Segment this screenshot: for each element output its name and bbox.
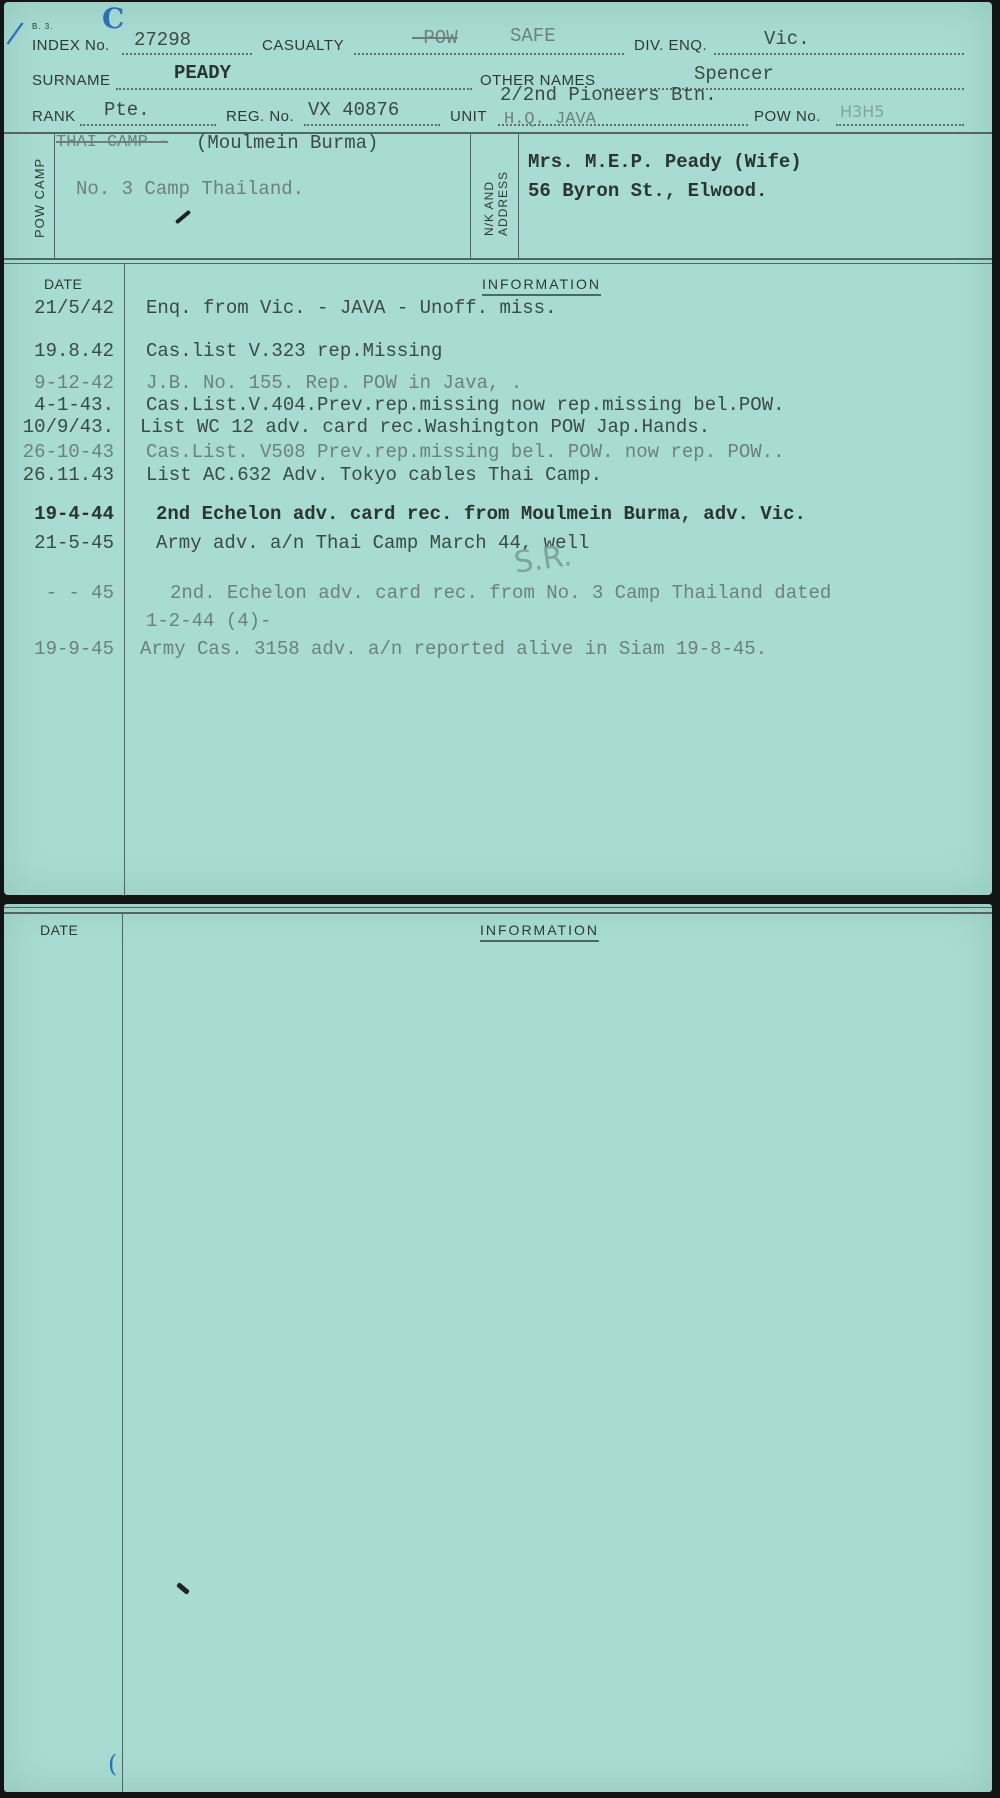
entry-info: Cas.List.V.404.Prev.rep.missing now rep.… (146, 394, 785, 416)
unit-value-line2: H.Q. JAVA (504, 110, 596, 129)
pow-camp-label: POW CAMP (32, 158, 47, 238)
pow-no-value: H3H5 (840, 102, 884, 121)
entry-info: Enq. from Vic. - JAVA - Unoff. miss. (146, 297, 556, 319)
entry-date: - - 45 (4, 582, 114, 604)
surname-label: SURNAME (32, 72, 111, 89)
entry-date: 26.11.43 (4, 464, 114, 486)
div-enq-label: DIV. ENQ. (634, 37, 707, 54)
entry-info: Cas.list V.323 rep.Missing (146, 340, 442, 362)
entry-date: 21/5/42 (4, 297, 114, 319)
pow-no-label: POW No. (754, 108, 821, 125)
entry-date: 10/9/43. (4, 416, 114, 438)
entry-date: 21-5-45 (4, 532, 114, 554)
casualty-line (354, 53, 624, 55)
nk-address-label: N/K AND ADDRESS (482, 171, 510, 236)
entry-date: 9-12-42 (4, 372, 114, 394)
reg-no-line (304, 124, 440, 126)
pow-camp-line2: No. 3 Camp Thailand. (76, 178, 304, 200)
pow-camp-line1: (Moulmein Burma) (196, 132, 378, 154)
entry-info: Cas.List. V508 Prev.rep.missing bel. POW… (146, 441, 785, 463)
nk-left-divider (470, 132, 471, 260)
index-no-line (122, 53, 252, 55)
pen-tick-mark: / (5, 15, 25, 51)
box-bottom-rule (4, 258, 992, 260)
pow-camp-divider (54, 132, 55, 260)
unit-label: UNIT (450, 108, 487, 125)
index-no-value: 27298 (134, 29, 191, 51)
rank-line (80, 124, 216, 126)
record-card-front: / C B. 3. INDEX No. 27298 CASUALTY -POW … (4, 2, 992, 895)
form-code: B. 3. (32, 22, 53, 31)
pow-camp-struck: THAI CAMP - (56, 133, 168, 152)
nk-and-label: N/K AND (482, 181, 496, 236)
date-header: DATE (44, 276, 82, 292)
entry-info-continued: 1-2-44 (4)- (146, 610, 271, 632)
reg-no-value: VX 40876 (308, 99, 399, 121)
pow-no-line (836, 124, 964, 126)
entry-info: 2nd Echelon adv. card rec. from Moulmein… (156, 503, 806, 525)
div-enq-line (714, 53, 964, 55)
casualty-struck-value: -POW (412, 27, 458, 49)
date-column-divider (124, 264, 125, 895)
surname-line (116, 88, 472, 90)
nk-right-divider (518, 132, 519, 260)
back-top-rule-2 (4, 912, 992, 914)
index-no-label: INDEX No. (32, 37, 110, 54)
information-header: INFORMATION (482, 276, 601, 296)
casualty-label: CASUALTY (262, 37, 344, 54)
entry-info: List WC 12 adv. card rec.Washington POW … (140, 416, 710, 438)
entry-date: 26-10-43 (4, 441, 114, 463)
back-pen-annotation: ( (108, 1750, 117, 1778)
back-date-header: DATE (40, 922, 78, 938)
rank-label: RANK (32, 108, 76, 125)
entry-info: 2nd. Echelon adv. card rec. from No. 3 C… (170, 582, 831, 604)
box-bottom-rule-2 (4, 263, 992, 264)
back-ink-mark (176, 1582, 190, 1595)
pen-annotation: C (102, 2, 124, 35)
entry-info: J.B. No. 155. Rep. POW in Java, . (146, 372, 522, 394)
entry-info: Army Cas. 3158 adv. a/n reported alive i… (140, 638, 767, 660)
entry-date: 19.8.42 (4, 340, 114, 362)
reg-no-label: REG. No. (226, 108, 294, 125)
entry-date: 19-4-44 (4, 503, 114, 525)
back-date-column-divider (122, 914, 123, 1792)
nk-line1: Mrs. M.E.P. Peady (Wife) (528, 151, 802, 173)
entry-info: List AC.632 Adv. Tokyo cables Thai Camp. (146, 464, 602, 486)
record-card-back: DATE INFORMATION ( (4, 904, 992, 1792)
ink-mark (175, 210, 191, 225)
unit-value-line1: 2/2nd Pioneers Btn. (500, 84, 717, 106)
entry-date: 4-1-43. (4, 394, 114, 416)
nk-address-word: ADDRESS (496, 171, 510, 236)
entry-date: 19-9-45 (4, 638, 114, 660)
back-information-header: INFORMATION (480, 922, 599, 942)
nk-line2: 56 Byron St., Elwood. (528, 180, 767, 202)
pencil-note: S.R. (512, 538, 574, 581)
other-names-value: Spencer (694, 63, 774, 85)
surname-value: PEADY (174, 62, 231, 84)
back-top-rule-1 (4, 907, 992, 908)
div-enq-value: Vic. (764, 28, 810, 50)
rank-value: Pte. (104, 99, 150, 121)
casualty-value: SAFE (510, 25, 556, 47)
